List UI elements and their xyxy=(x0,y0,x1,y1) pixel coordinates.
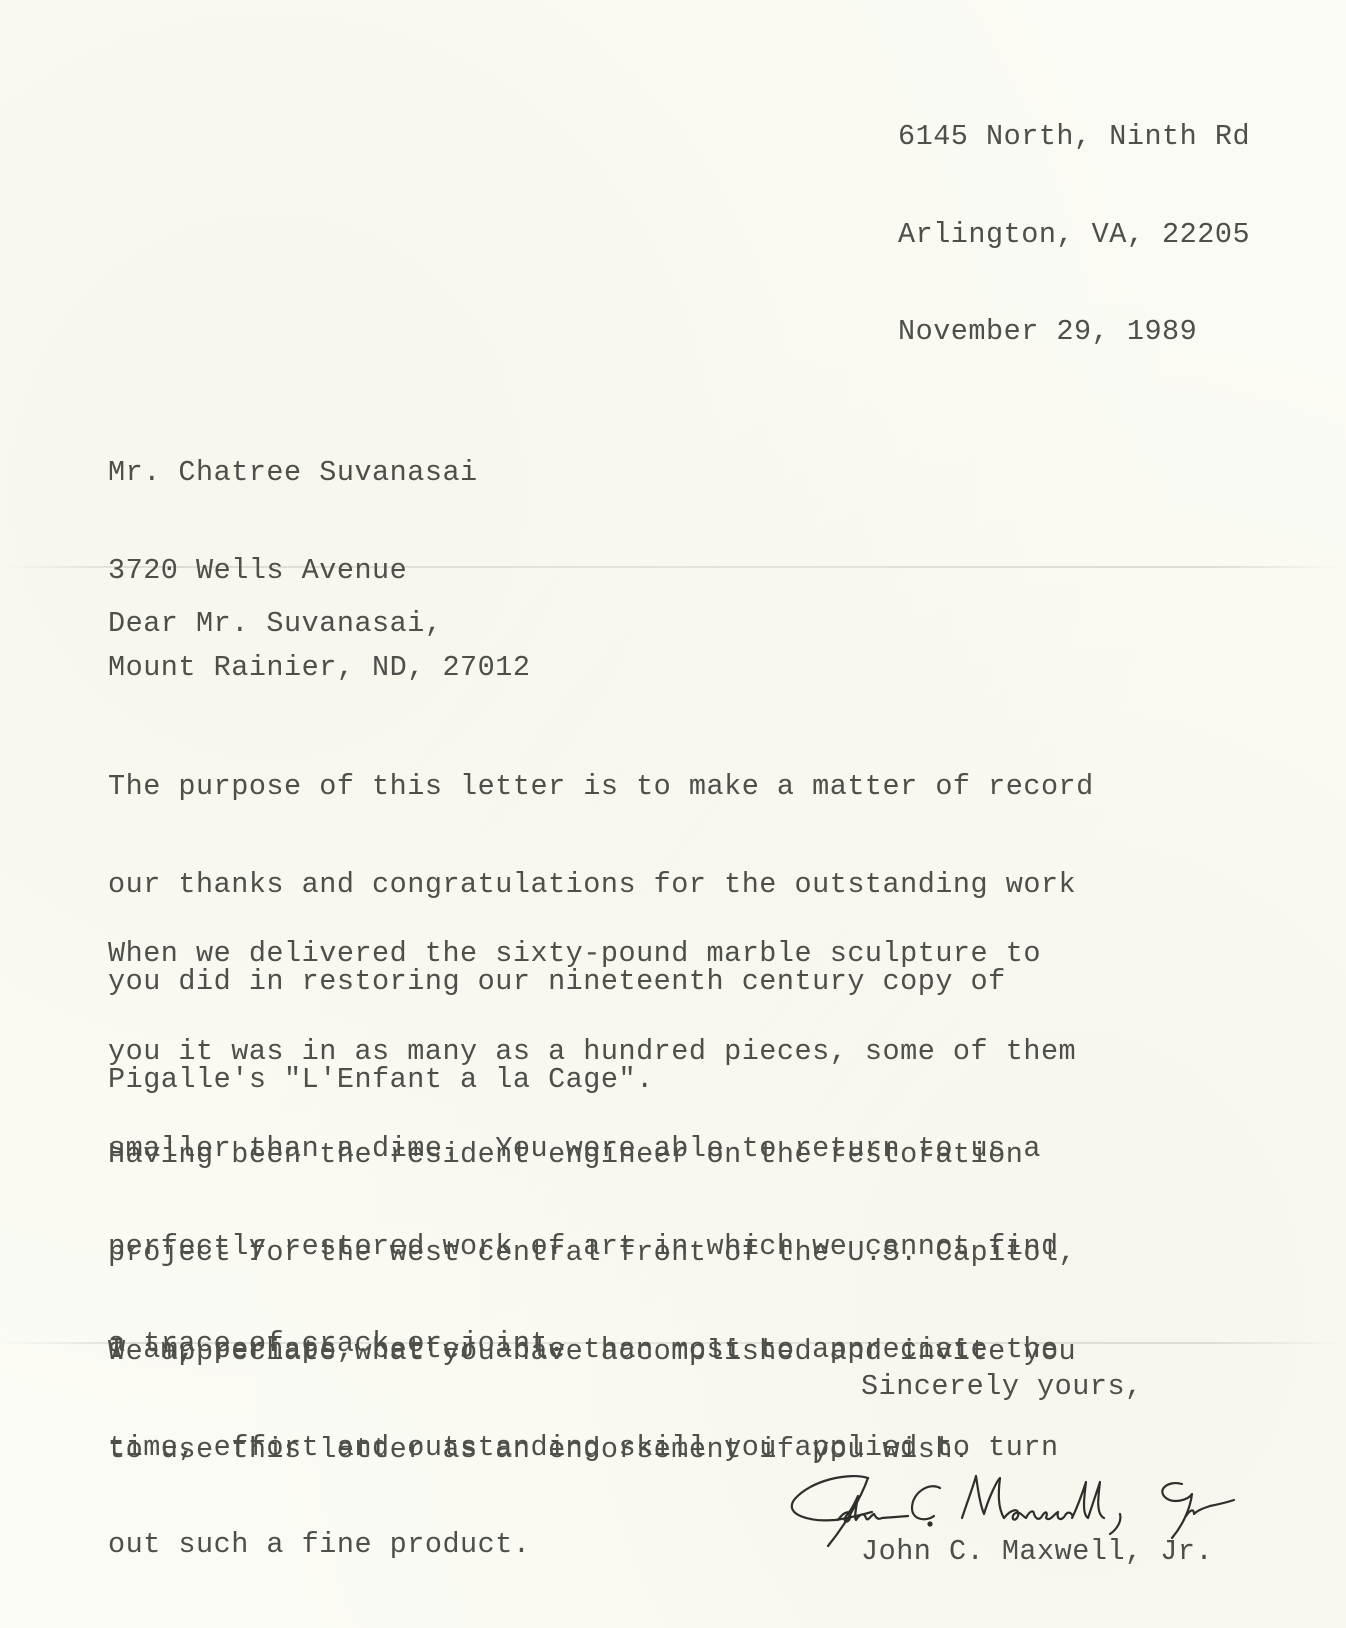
recipient-address: Mr. Chatree Suvanasai 3720 Wells Avenue … xyxy=(108,392,530,717)
letter-date: November 29, 1989 xyxy=(898,316,1250,349)
typed-signer-name: John C. Maxwell, Jr. xyxy=(861,1536,1213,1569)
body-line: you it was in as many as a hundred piece… xyxy=(108,1036,1076,1069)
recipient-name: Mr. Chatree Suvanasai xyxy=(108,457,530,490)
salutation: Dear Mr. Suvanasai, xyxy=(108,608,442,641)
sender-street: 6145 North, Ninth Rd xyxy=(898,121,1250,154)
recipient-street: 3720 Wells Avenue xyxy=(108,555,530,588)
closing: Sincerely yours, xyxy=(861,1371,1143,1404)
sender-city: Arlington, VA, 22205 xyxy=(898,219,1250,252)
body-line: to use this letter as an endorsement if … xyxy=(108,1434,1076,1467)
body-line: Having been the resident engineer on the… xyxy=(108,1139,1076,1172)
body-line: project for the west central front of th… xyxy=(108,1237,1076,1270)
recipient-city: Mount Rainier, ND, 27012 xyxy=(108,652,530,685)
body-line: When we delivered the sixty-pound marble… xyxy=(108,938,1076,971)
body-line: The purpose of this letter is to make a … xyxy=(108,771,1094,804)
sender-address: 6145 North, Ninth Rd Arlington, VA, 2220… xyxy=(898,56,1250,381)
body-line: We appreciate what you have accomplished… xyxy=(108,1336,1076,1369)
